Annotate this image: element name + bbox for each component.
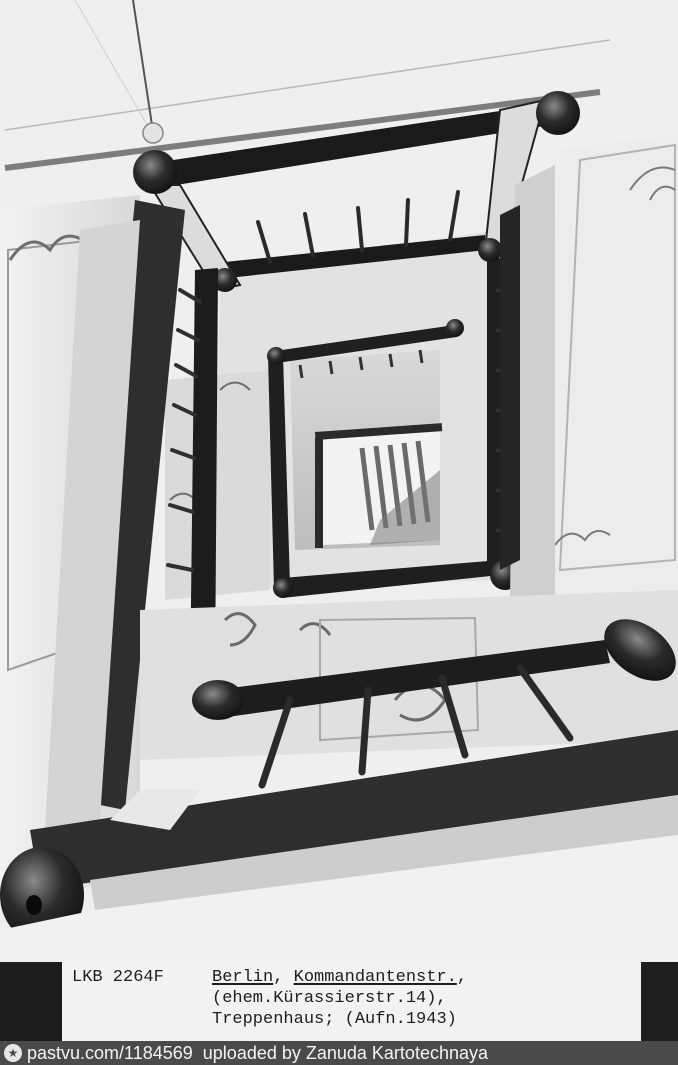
caption-location: Berlin, Kommandantenstr., xyxy=(212,967,467,988)
watermark-url[interactable]: pastvu.com/1184569 xyxy=(27,1043,193,1064)
caption-edge-right xyxy=(641,962,678,1041)
caption-separator: ; xyxy=(324,1010,344,1029)
caption-former-name: (ehem.Kürassierstr.14), xyxy=(212,988,447,1009)
caption-archive-id: LKB 2264F xyxy=(72,967,164,988)
caption-description-line: Treppenhaus; (Aufn.1943) xyxy=(212,1009,457,1030)
watermark-uploader: uploaded by Zanuda Kartotechnaya xyxy=(203,1043,488,1064)
caption-comma-2: , xyxy=(457,968,467,987)
caption-city: Berlin xyxy=(212,968,273,987)
caption-edge-left xyxy=(0,962,62,1041)
caption-date: (Aufn.1943) xyxy=(345,1010,457,1029)
caption-street: Kommandantenstr. xyxy=(294,968,457,987)
staircase-photo xyxy=(0,0,678,1041)
star-icon: ★ xyxy=(4,1044,22,1062)
caption-comma: , xyxy=(273,968,293,987)
watermark-bar: ★ pastvu.com/1184569 uploaded by Zanuda … xyxy=(0,1041,678,1065)
caption-description: Treppenhaus xyxy=(212,1010,324,1029)
